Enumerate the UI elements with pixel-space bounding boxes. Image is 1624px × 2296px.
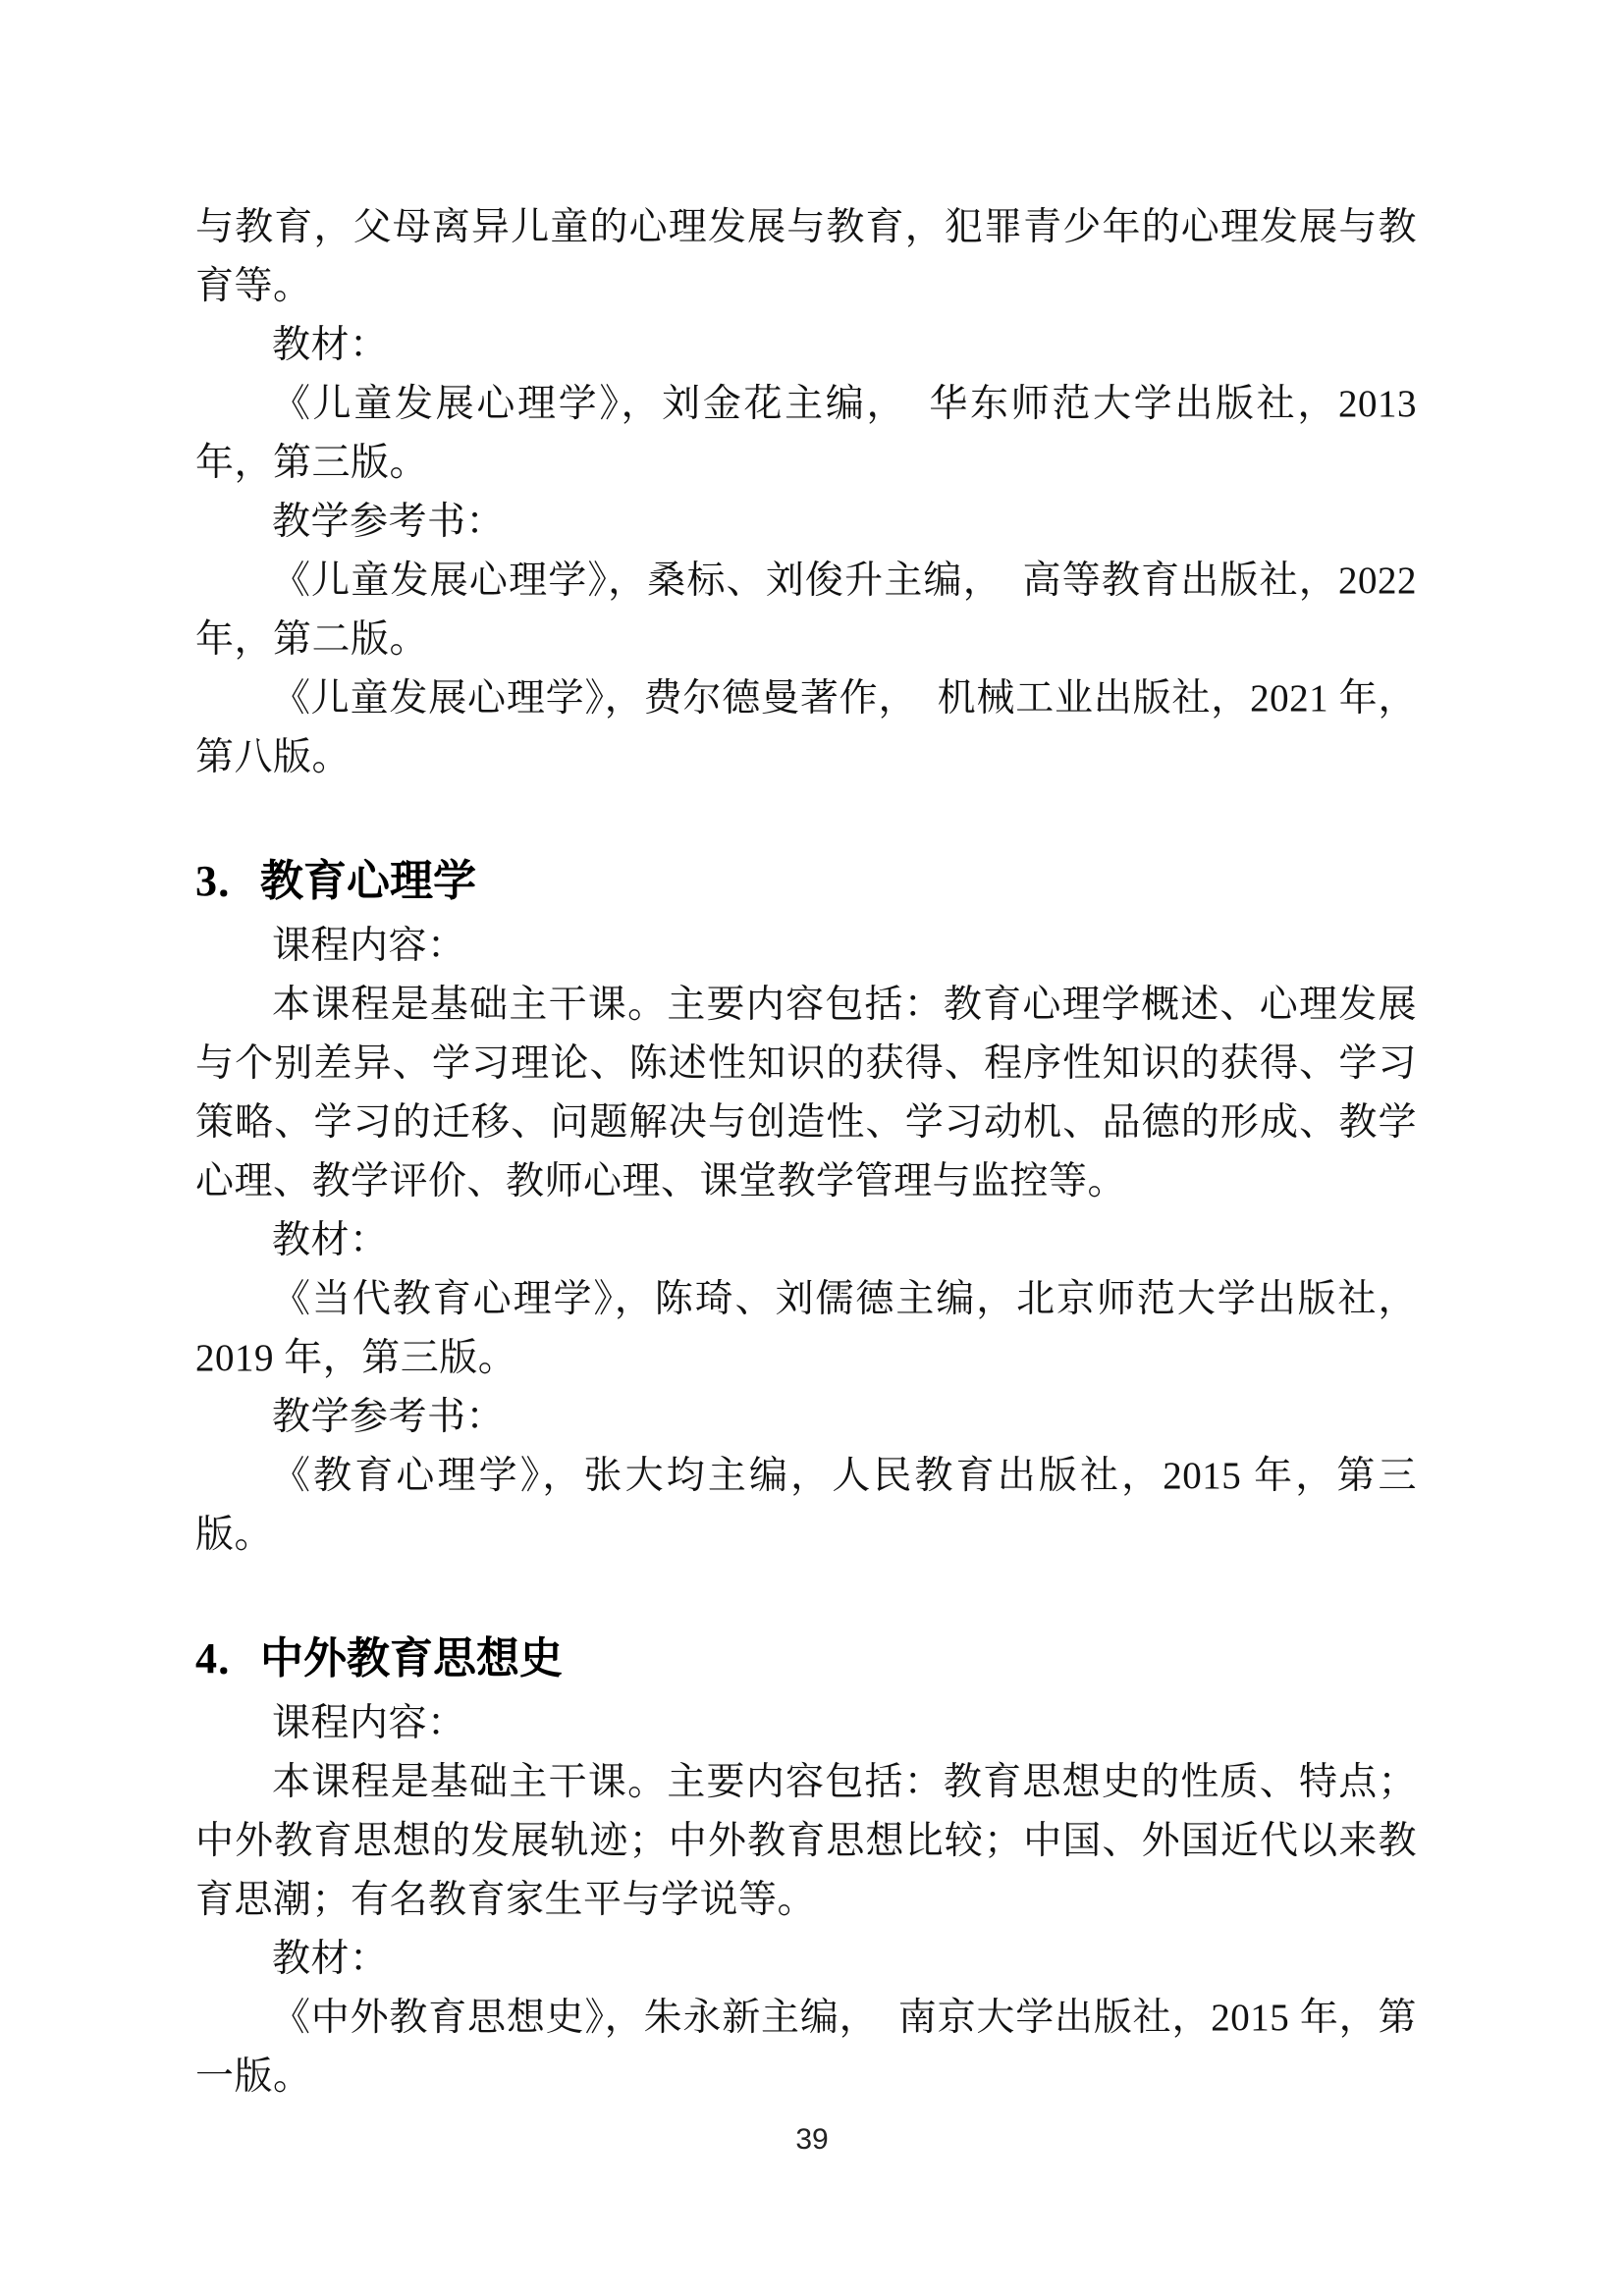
paragraph-textbook-reference: 《当代教育心理学》，陈琦、刘儒德主编，北京师范大学出版社，2019 年，第三版。 [195, 1270, 1417, 1388]
document-body: 与教育，父母离异儿童的心理发展与教育，犯罪青少年的心理发展与教育等。 教材： 《… [195, 198, 1417, 2107]
paragraph-textbook-reference: 《儿童发展心理学》，刘金花主编， 华东师范大学出版社，2013 年，第三版。 [195, 375, 1417, 493]
paragraph-course-description: 本课程是基础主干课。主要内容包括：教育思想史的性质、特点；中外教育思想的发展轨迹… [195, 1753, 1417, 1930]
paragraph-course-description: 本课程是基础主干课。主要内容包括：教育心理学概述、心理发展与个别差异、学习理论、… [195, 976, 1417, 1211]
label-textbook: 教材： [195, 1930, 1417, 1989]
paragraph-textbook-reference: 《教育心理学》，张大均主编，人民教育出版社，2015 年，第三版。 [195, 1447, 1417, 1565]
document-page: 与教育，父母离异儿童的心理发展与教育，犯罪青少年的心理发展与教育等。 教材： 《… [0, 0, 1624, 2296]
label-course-content: 课程内容： [195, 1694, 1417, 1753]
paragraph-textbook-reference: 《儿童发展心理学》，费尔德曼著作， 机械工业出版社，2021 年，第八版。 [195, 669, 1417, 787]
paragraph-textbook-reference: 《儿童发展心理学》，桑标、刘俊升主编， 高等教育出版社，2022 年，第二版。 [195, 552, 1417, 669]
label-teaching-references: 教学参考书： [195, 1388, 1417, 1447]
label-textbook: 教材： [195, 316, 1417, 375]
paragraph-continued-course-content: 与教育，父母离异儿童的心理发展与教育，犯罪青少年的心理发展与教育等。 [195, 198, 1417, 316]
course-heading-3-educational-psychology: 3．教育心理学 [195, 852, 1417, 911]
page-number: 39 [0, 2122, 1624, 2158]
label-course-content: 课程内容： [195, 917, 1417, 976]
label-textbook: 教材： [195, 1211, 1417, 1270]
course-heading-4-history-of-educational-thought: 4．中外教育思想史 [195, 1629, 1417, 1688]
label-teaching-references: 教学参考书： [195, 493, 1417, 552]
paragraph-textbook-reference: 《中外教育思想史》，朱永新主编， 南京大学出版社，2015 年，第一版。 [195, 1989, 1417, 2107]
